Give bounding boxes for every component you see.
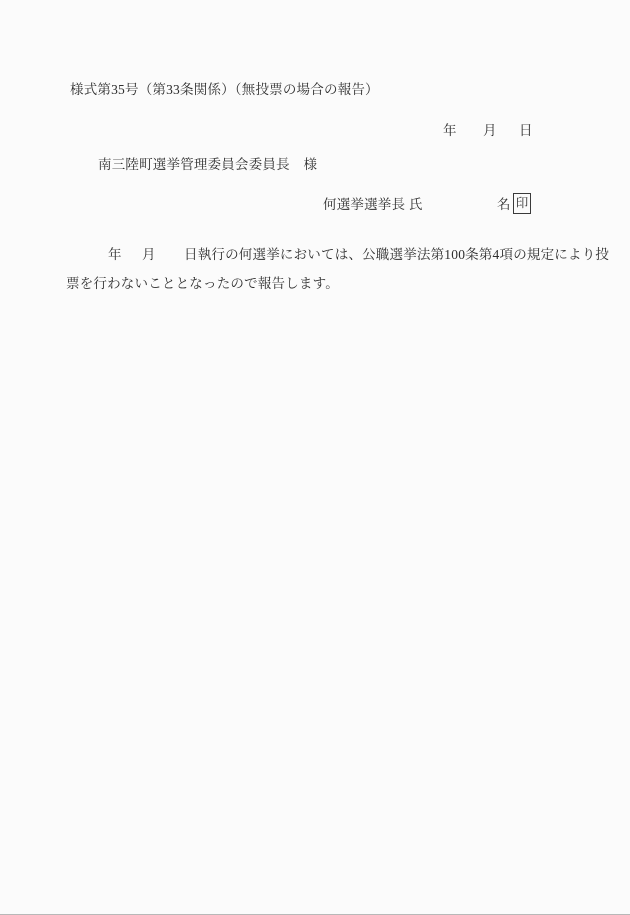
report-form-page: 様式第35号（第33条関係）（無投票の場合の報告） 年 月 日 南三陸町選挙管理… bbox=[0, 0, 630, 915]
date-year-label: 年 bbox=[443, 124, 457, 138]
addressee-line: 南三陸町選挙管理委員会委員長 様 bbox=[98, 158, 317, 172]
form-title: 様式第35号（第33条関係）（無投票の場合の報告） bbox=[70, 83, 379, 97]
seal-stamp-box: 印 bbox=[513, 193, 531, 214]
signer-name-last-char: 名 bbox=[497, 198, 511, 212]
body-line1-text: 日執行の何選挙においては、公職選挙法第100条第4項の規定により投 bbox=[184, 248, 609, 262]
body-year-label: 年 bbox=[108, 248, 122, 262]
date-month-label: 月 bbox=[483, 124, 497, 138]
date-day-label: 日 bbox=[519, 124, 533, 138]
signer-role-label: 何選挙選挙長 bbox=[323, 198, 405, 212]
body-month-label: 月 bbox=[142, 248, 156, 262]
body-line2-text: 票を行わないこととなったので報告します。 bbox=[66, 277, 339, 291]
signer-name-first-char: 氏 bbox=[409, 198, 423, 212]
